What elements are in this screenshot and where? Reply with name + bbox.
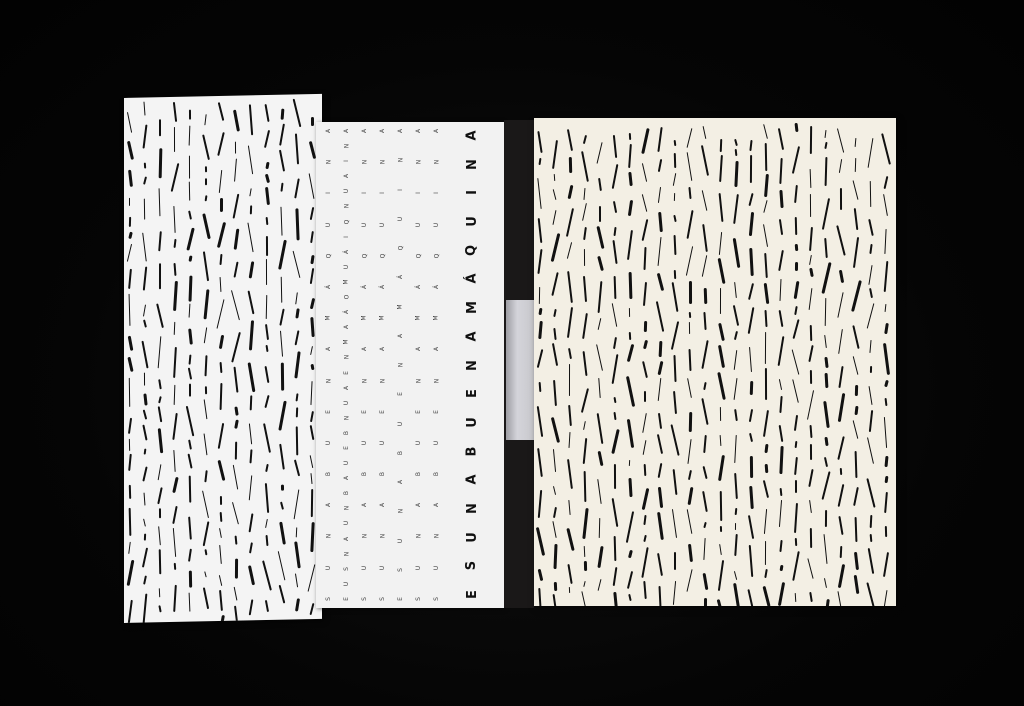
letter-column: SUNABUENAMÁQUINA <box>432 128 442 602</box>
title-letter: A <box>465 475 480 485</box>
letter-column: SUNABUENAMÁQUINA <box>360 128 370 602</box>
title-letter: N <box>464 503 479 514</box>
title-letter: E <box>464 590 479 599</box>
title-letter: B <box>464 446 479 456</box>
book-spine <box>504 120 534 608</box>
title-letter: A <box>465 130 480 140</box>
title-es-una-buena-maquina: ESUNABUENAMÁQUINA <box>464 128 480 602</box>
spine-band <box>506 300 534 440</box>
title-letter: Q <box>465 245 480 256</box>
letter-column: SUNABUENAMÁQUINA <box>378 128 388 602</box>
letter-column: SUNABUENAMÁQUINA <box>324 128 334 602</box>
photo-background: SUNABUENAMÁQUINAEUSNAUNBAUEBNUAENMAÁOMUÁ… <box>0 0 1024 706</box>
title-letter: N <box>464 159 479 170</box>
letter-column: SUNABUENAMÁQUINA <box>414 128 424 602</box>
title-letter: Á <box>465 274 480 284</box>
cursive-script <box>124 94 322 623</box>
title-letter: N <box>464 360 479 371</box>
letter-column: ESUNABUENAMÁQUINA <box>396 128 406 602</box>
title-letter: U <box>465 417 480 428</box>
left-handwritten-flap <box>124 94 322 623</box>
typographic-page: SUNABUENAMÁQUINAEUSNAUNBAUEBNUAENMAÁOMUÁ… <box>316 122 504 608</box>
title-letter: I <box>465 190 480 195</box>
title-letter: E <box>464 389 479 398</box>
letter-column: EUSNAUNBAUEBNUAENMAÁOMUÁIQNUAINA <box>342 128 352 602</box>
title-letter: U <box>465 216 480 227</box>
cursive-script <box>534 118 896 606</box>
title-letter: S <box>465 561 480 570</box>
title-letter: M <box>465 301 480 314</box>
title-letter: U <box>465 532 480 543</box>
title-letter: A <box>465 331 480 341</box>
right-handwritten-page <box>534 118 896 606</box>
